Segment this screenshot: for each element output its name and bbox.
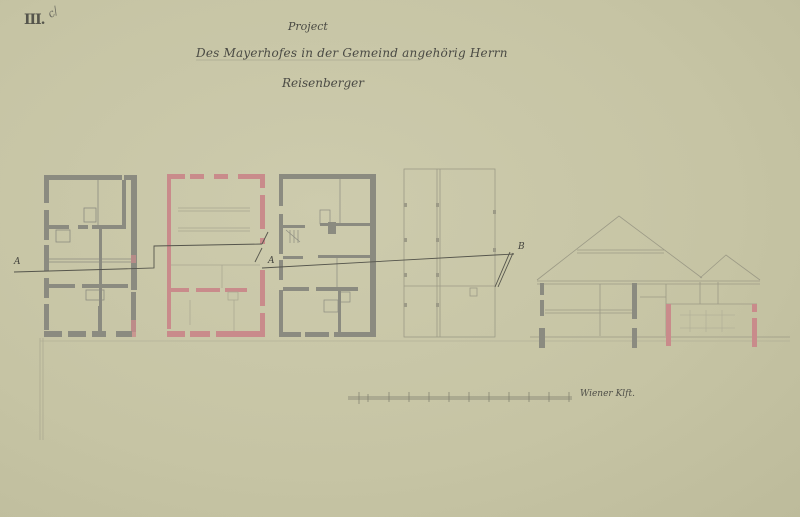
plan-new-wing (167, 174, 265, 337)
section-mark-right: B (518, 242, 525, 252)
section-mark-middle: A (268, 256, 275, 266)
section-mark-left: A (14, 257, 21, 267)
plan-existing-house-1 (44, 175, 137, 337)
scale-label: Wiener Klft. (580, 389, 635, 399)
scale-bar (348, 392, 572, 404)
architectural-drawing (0, 0, 800, 517)
paper-sheet: III. c/ Project Des Mayerhofes in der Ge… (0, 0, 800, 517)
plan-existing-house-2 (279, 174, 376, 337)
section-elevation (530, 216, 790, 348)
plan-barn (404, 169, 496, 337)
